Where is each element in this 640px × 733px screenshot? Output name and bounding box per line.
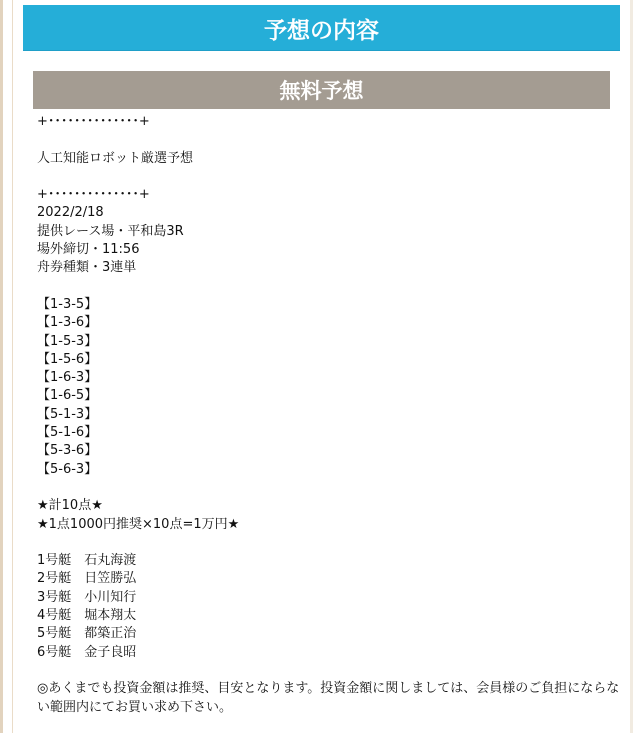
racer-item: 6号艇 金子良昭	[37, 644, 622, 662]
section-heading-title: 予想の内容	[264, 12, 379, 45]
race-venue: 提供レース場・平和島3R	[37, 223, 622, 241]
racer-item: 4号艇 堀本翔太	[37, 607, 622, 625]
combination-item: 【1-6-3】	[37, 369, 622, 387]
divider-text-mid: +･･････････････+	[37, 186, 622, 204]
blank-line	[37, 168, 622, 186]
page-border-right	[630, 0, 633, 733]
blank-line	[37, 662, 622, 680]
divider-text-top: +･･････････････+	[37, 113, 622, 131]
subsection-heading: 無料予想	[33, 71, 610, 109]
total-points: ★計10点★	[37, 497, 622, 515]
combination-list: 【1-3-5】 【1-3-6】 【1-5-3】 【1-5-6】 【1-6-3】 …	[37, 296, 622, 479]
racer-item: 2号艇 日笠勝弘	[37, 570, 622, 588]
combination-item: 【5-3-6】	[37, 442, 622, 460]
blank-line	[37, 278, 622, 296]
combination-item: 【5-1-6】	[37, 424, 622, 442]
combination-item: 【1-5-6】	[37, 351, 622, 369]
blank-line	[37, 479, 622, 497]
combination-item: 【5-6-3】	[37, 461, 622, 479]
prediction-headline: 人工知能ロボット厳選予想	[37, 150, 622, 168]
blank-line	[37, 131, 622, 149]
blank-line	[37, 534, 622, 552]
page-border-left-inner	[12, 0, 13, 733]
subsection-heading-title: 無料予想	[280, 75, 364, 105]
ticket-type: 舟券種類・3連単	[37, 259, 622, 277]
bet-recommendation: ★1点1000円推奨×10点=1万円★	[37, 516, 622, 534]
investment-note: ◎あくまでも投資金額は推奨、目安となります。投資金額に関しましては、会員様のご負…	[37, 680, 622, 717]
race-date: 2022/2/18	[37, 204, 622, 222]
racer-item: 5号艇 都築正治	[37, 625, 622, 643]
combination-item: 【1-6-5】	[37, 387, 622, 405]
racer-item: 1号艇 石丸海渡	[37, 552, 622, 570]
prediction-content: +･･････････････+ 人工知能ロボット厳選予想 +･････････…	[37, 113, 622, 717]
page-border-left	[0, 0, 3, 733]
racer-list: 1号艇 石丸海渡 2号艇 日笠勝弘 3号艇 小川知行 4号艇 堀本翔太 5号艇 …	[37, 552, 622, 662]
combination-item: 【1-3-6】	[37, 314, 622, 332]
race-deadline: 場外締切・11:56	[37, 241, 622, 259]
section-heading: 予想の内容	[23, 5, 620, 51]
combination-item: 【1-5-3】	[37, 333, 622, 351]
racer-item: 3号艇 小川知行	[37, 589, 622, 607]
combination-item: 【1-3-5】	[37, 296, 622, 314]
combination-item: 【5-1-3】	[37, 406, 622, 424]
